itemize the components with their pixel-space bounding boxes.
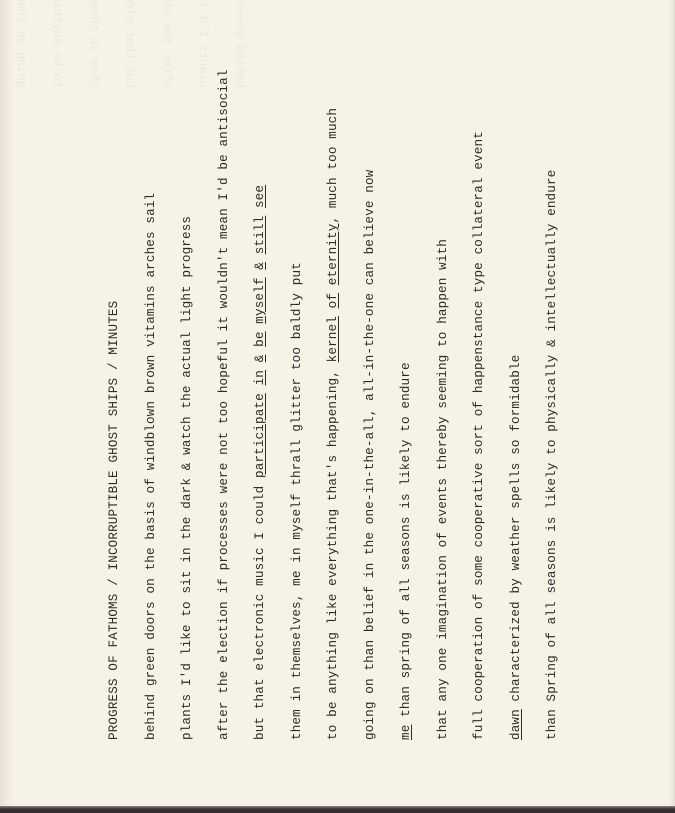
- poem-line: them in themselves, me in myself thrall …: [287, 40, 324, 740]
- text-run: [253, 385, 267, 393]
- text-run: [253, 347, 267, 355]
- poem-line: to be anything like everything that's ha…: [323, 40, 360, 740]
- underlined-word: see: [253, 185, 267, 208]
- scanned-page: behind green doors on the basis of winpl…: [0, 0, 675, 808]
- underlined-word: be: [253, 331, 267, 346]
- text-run: [253, 362, 267, 370]
- poem-line: than Spring of all seasons is likely to …: [542, 40, 579, 740]
- underlined-word: myself: [253, 277, 267, 323]
- bleed-line: going on than belief in the one-in-the: [0, 0, 31, 88]
- poem-line: full cooperation of some cooperative sor…: [469, 40, 506, 740]
- text-run: [326, 308, 340, 316]
- poem-line: plants I'd like to sit in the dark & wat…: [177, 40, 214, 740]
- text-run: to be anything like everything that's ha…: [326, 362, 340, 740]
- bleed-line: to be anything like everything that's: [31, 0, 68, 88]
- underlined-word: me: [399, 725, 413, 740]
- poem-line: dawn characterized by weather spells so …: [506, 40, 543, 740]
- text-run: than Spring of all seasons is likely to …: [545, 170, 559, 740]
- poem-lines: behind green doors on the basis of windb…: [141, 40, 579, 740]
- text-run: [253, 270, 267, 278]
- text-run: that any one imagination of events there…: [436, 239, 450, 740]
- poem-line: going on than belief in the one-in-the-a…: [360, 40, 397, 740]
- text-run: characterized by weather spells so formi…: [509, 355, 523, 710]
- poem-line: behind green doors on the basis of windb…: [141, 40, 178, 740]
- bleed-line: them in themselves, me in myself thral: [68, 0, 105, 88]
- text-run: them in themselves, me in myself thrall …: [290, 262, 304, 740]
- underlined-word: &: [253, 355, 267, 363]
- text-run: full cooperation of some cooperative sor…: [472, 131, 486, 740]
- text-run: [253, 324, 267, 332]
- text-run: [326, 285, 340, 293]
- underlined-word: in: [253, 370, 267, 385]
- underlined-word: kernel: [326, 316, 340, 362]
- underlined-word: eternity: [326, 224, 340, 286]
- text-run: plants I'd like to sit in the dark & wat…: [180, 216, 194, 740]
- scanner-bed-edge: [0, 806, 675, 813]
- underlined-word: participate: [253, 393, 267, 478]
- text-run: behind green doors on the basis of windb…: [144, 193, 158, 740]
- poem-line: me than spring of all seasons is likely …: [396, 40, 433, 740]
- text-run: after the election if processes were not…: [217, 69, 231, 740]
- poem-line: but that electronic music I could partic…: [250, 40, 287, 740]
- text-run: [253, 208, 267, 216]
- underlined-word: of: [326, 293, 340, 308]
- poem-line: after the election if processes were not…: [214, 40, 251, 740]
- text-run: but that electronic music I could: [253, 478, 267, 740]
- underlined-word: still: [253, 216, 267, 255]
- spine-margin-mark: [2, 440, 7, 740]
- poem-line: that any one imagination of events there…: [433, 40, 470, 740]
- underlined-word: dawn: [509, 709, 523, 740]
- underlined-word: &: [253, 262, 267, 270]
- poem-title: PROGRESS OF FATHOMS / INCORRUPTIBLE GHOS…: [104, 40, 141, 740]
- text-run: than spring of all seasons is likely to …: [399, 362, 413, 724]
- typewritten-poem: PROGRESS OF FATHOMS / INCORRUPTIBLE GHOS…: [104, 40, 579, 740]
- text-run: [253, 254, 267, 262]
- text-run: , much too much: [326, 108, 340, 224]
- text-run: going on than belief in the one-in-the-a…: [363, 170, 377, 740]
